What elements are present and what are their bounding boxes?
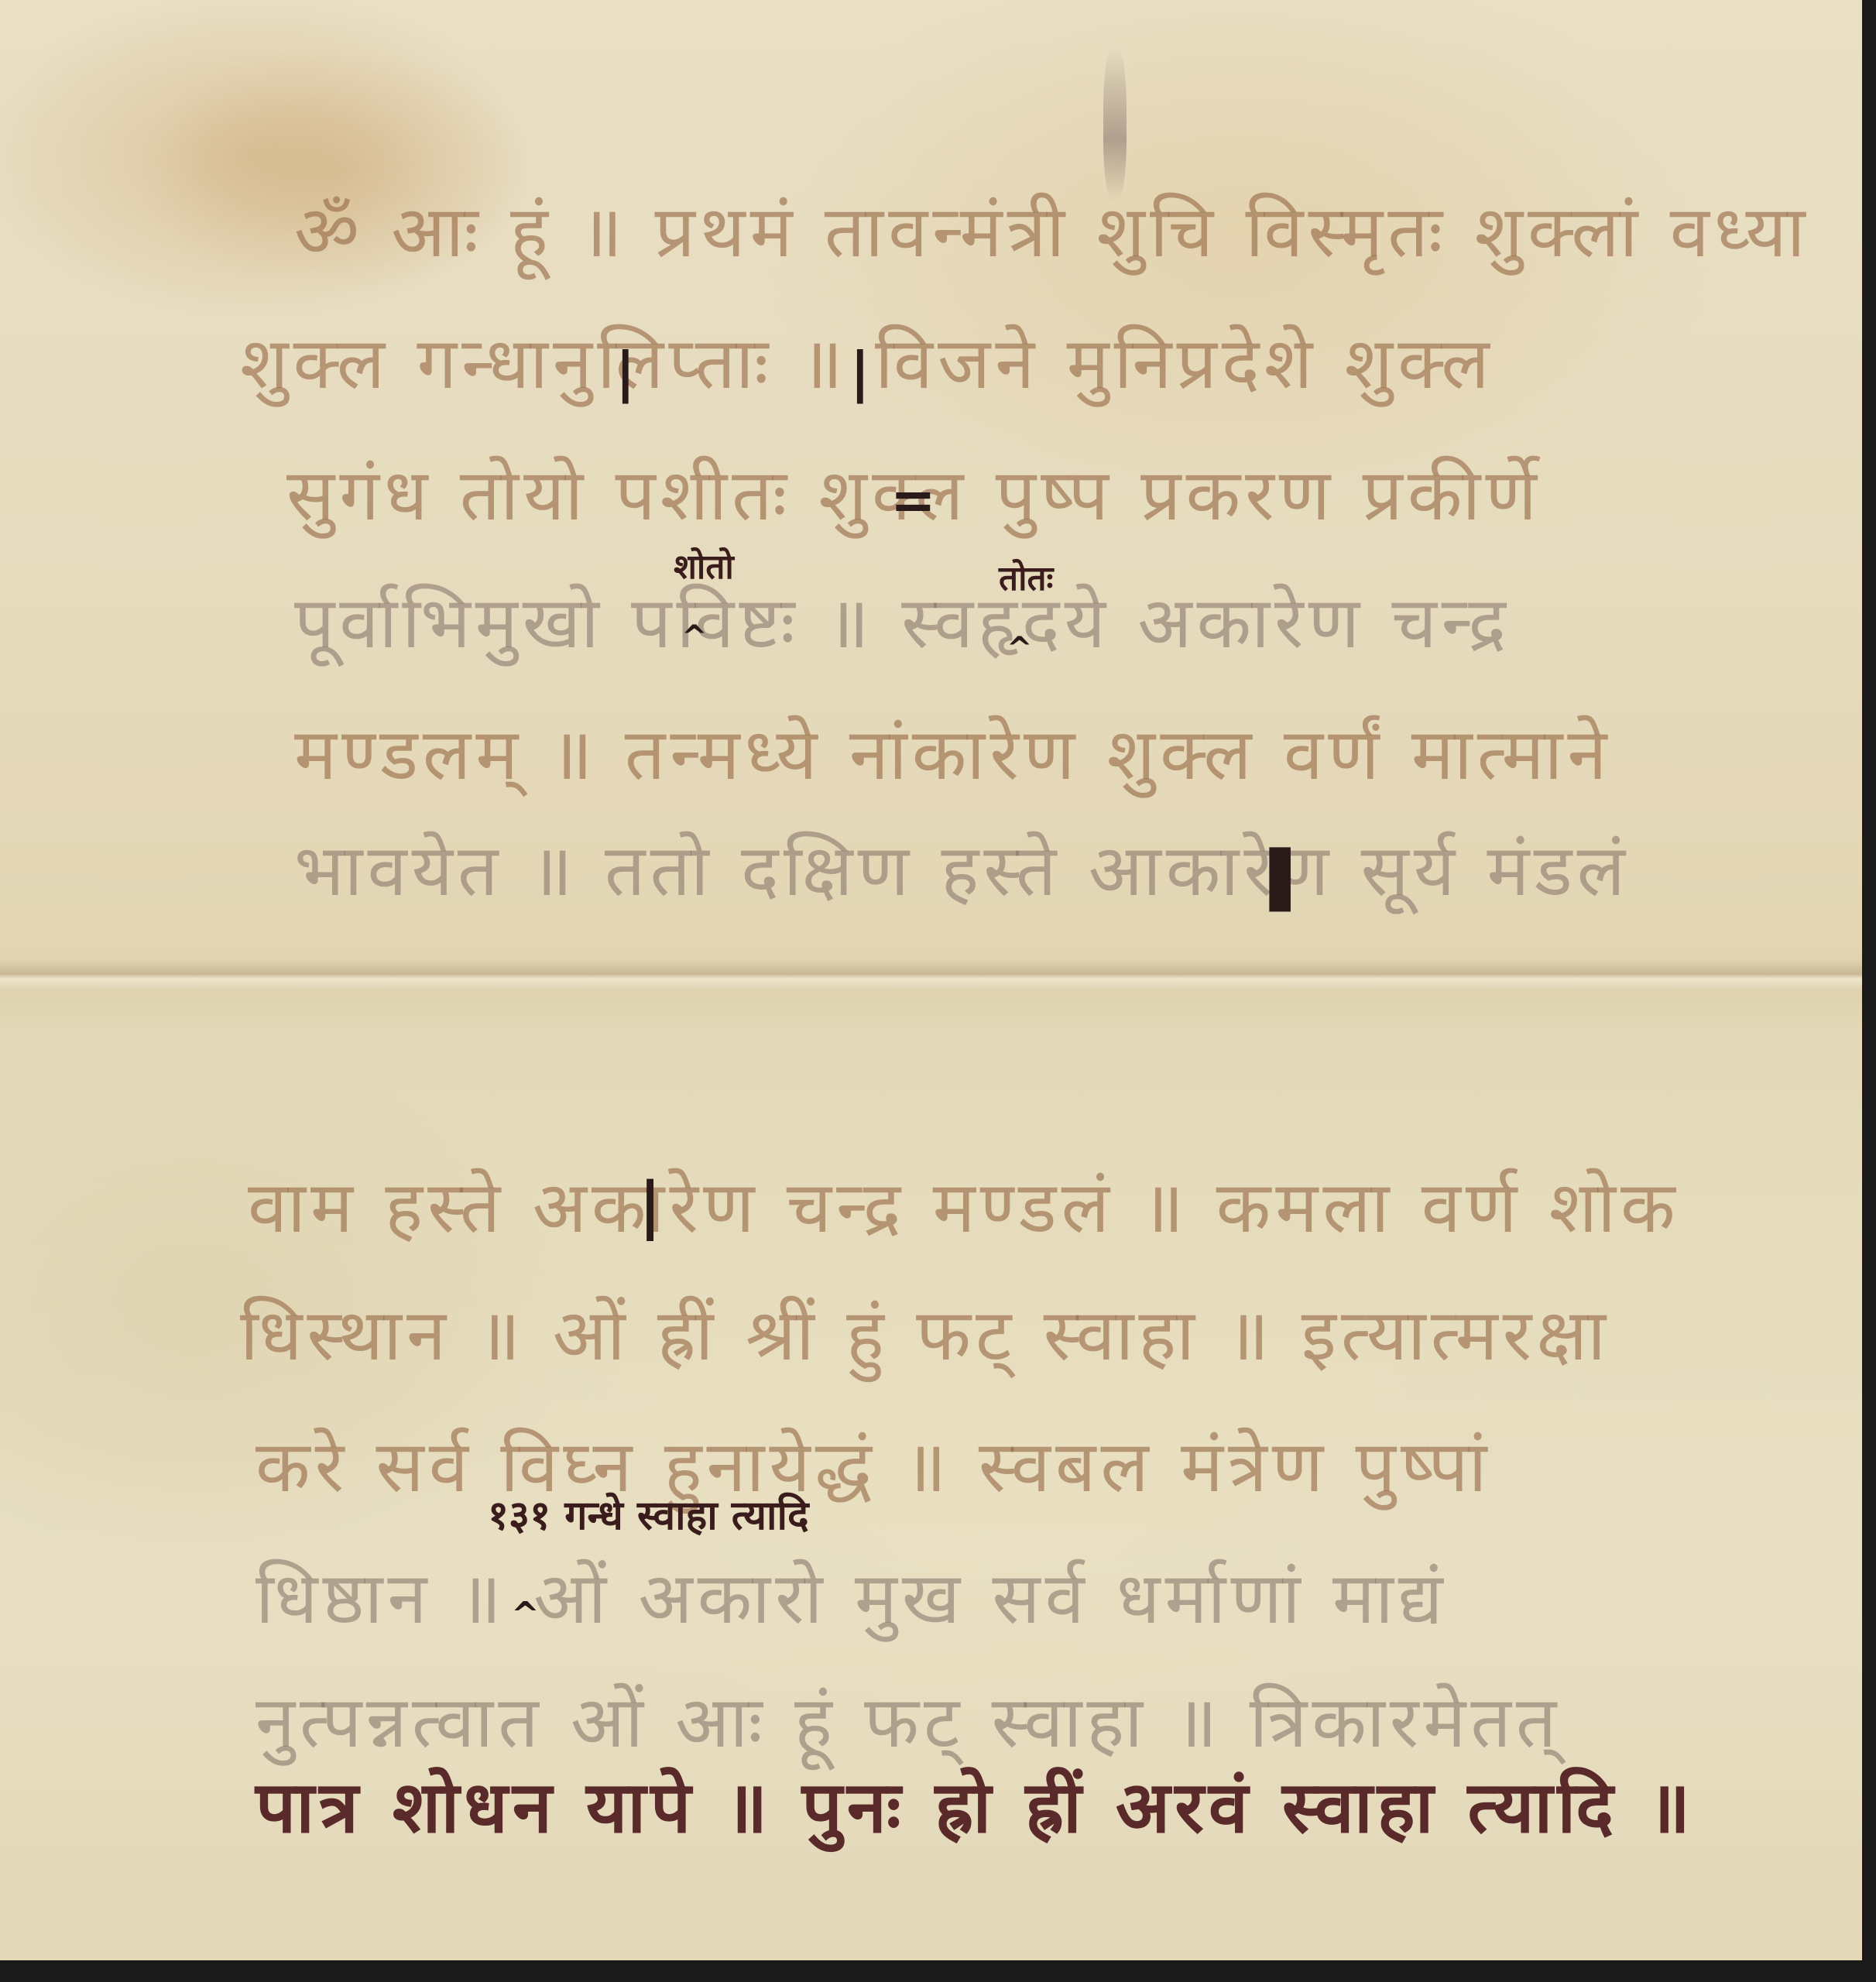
manuscript-line-11: नुत्पन्नत्वात ओं आः हूं फट् स्वाहा ॥ त्र…: [0, 1676, 1876, 1769]
manuscript-line-12: पात्र शोधन यापे ॥ पुनः ह्रो ह्रीं अरवं स…: [0, 1761, 1876, 1854]
insertion-caret-icon: ^: [511, 1595, 540, 1634]
interlinear-note: शोतो: [674, 542, 734, 588]
correction-stroke-icon: =: [890, 468, 936, 532]
correction-stroke-icon: |: [639, 1169, 661, 1241]
scan-border-bottom: [0, 1960, 1876, 1982]
manuscript-line-9: करे सर्व विघ्न हुनायेद्धं ॥ स्वबल मंत्रे…: [0, 1421, 1876, 1514]
manuscript-line-6: भावयेत ॥ ततो दक्षिण हस्ते आकारेण सूर्य म…: [0, 825, 1876, 917]
correction-stroke-icon: ▌: [1270, 848, 1312, 911]
manuscript-line-2: शुक्ल गन्धानुलिप्ताः ॥ विजने मुनिप्रदेशे…: [0, 317, 1876, 410]
ink-smudge: [1103, 46, 1127, 201]
correction-stroke-icon: |: [850, 341, 870, 404]
manuscript-page: ॐ आः हूं ॥ प्रथमं तावन्मंत्री शुचि विस्म…: [0, 0, 1862, 1960]
interlinear-note: १३१ गन्धे स्वाहा त्यादि: [488, 1486, 809, 1541]
page-fold: [0, 960, 1862, 991]
manuscript-line-10: धिष्ठान ॥ ओं अकारो मुख सर्व धर्माणां माद…: [0, 1552, 1876, 1645]
manuscript-line-7: वाम हस्ते अकारेण चन्द्र मण्डलं ॥ कमला वर…: [0, 1161, 1876, 1254]
scan-border-right: [1862, 0, 1876, 1982]
manuscript-line-3: सुगंध तोयो पशीतः शुक्ल पुष्प प्रकरण प्रक…: [0, 449, 1876, 542]
manuscript-line-1: ॐ आः हूं ॥ प्रथमं तावन्मंत्री शुचि विस्म…: [0, 186, 1876, 279]
insertion-caret-icon: ^: [1007, 631, 1033, 667]
correction-stroke-icon: |: [616, 341, 636, 404]
manuscript-line-4: पूर्वाभिमुखो पविष्टः ॥ स्वहृदये अकारेण च…: [0, 577, 1876, 670]
manuscript-line-5: मण्डलम् ॥ तन्मध्ये नांकारेण शुक्ल वर्णं …: [0, 708, 1876, 801]
manuscript-line-8: धिस्थान ॥ ओं ह्रीं श्रीं हुं फट् स्वाहा …: [0, 1289, 1876, 1382]
interlinear-note: तोतः: [999, 554, 1053, 600]
insertion-caret-icon: ^: [681, 619, 708, 655]
